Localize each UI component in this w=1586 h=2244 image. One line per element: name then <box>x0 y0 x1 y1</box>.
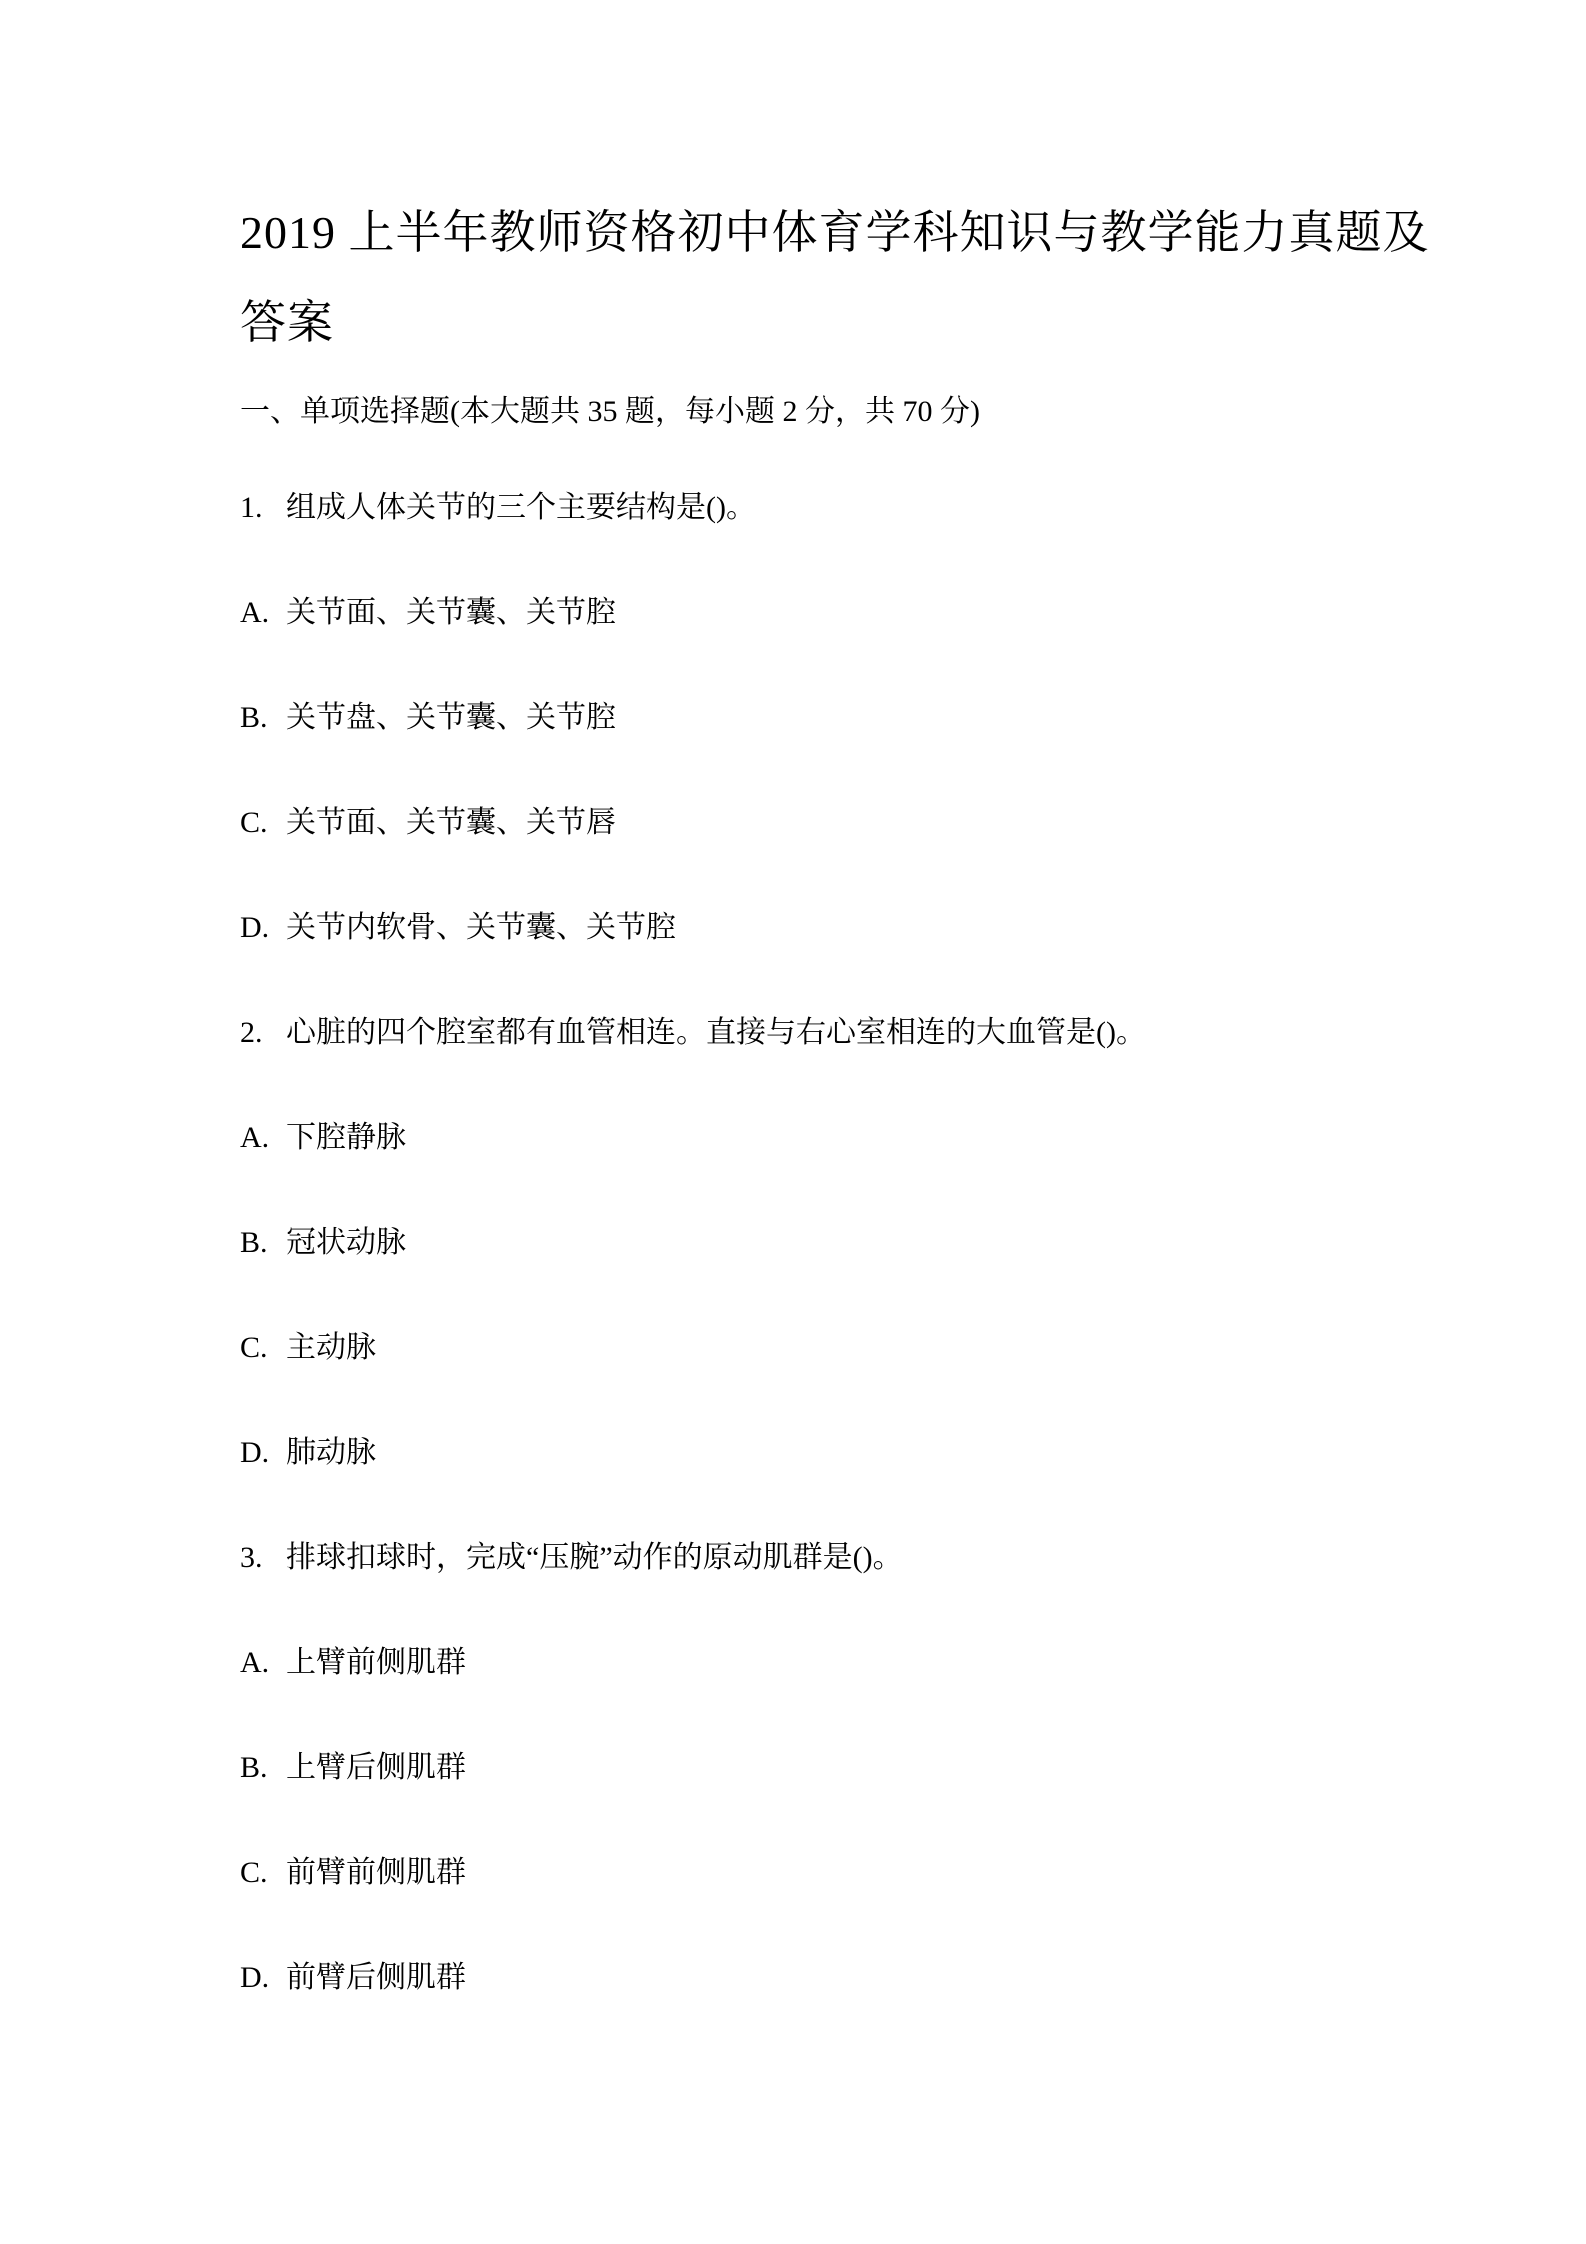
question-line: 1.组成人体关节的三个主要结构是()。 <box>240 486 1360 530</box>
option-label: C. <box>240 1851 286 1895</box>
option-label: C. <box>240 1326 286 1370</box>
title-line-2: 答案 <box>240 278 1360 368</box>
option-label: D. <box>240 1956 286 2000</box>
question-text: 心脏的四个腔室都有血管相连。直接与右心室相连的大血管是()。 <box>286 1016 1146 1049</box>
option-line: D.前臂后侧肌群 <box>240 1956 1360 2000</box>
option-text: 上臂后侧肌群 <box>286 1751 466 1784</box>
option-line: B.关节盘、关节囊、关节腔 <box>240 696 1360 740</box>
option-text: 上臂前侧肌群 <box>286 1646 466 1679</box>
option-line: C.关节面、关节囊、关节唇 <box>240 801 1360 845</box>
option-text: 前臂后侧肌群 <box>286 1961 466 1994</box>
option-line: A.下腔静脉 <box>240 1116 1360 1160</box>
option-label: B. <box>240 696 286 740</box>
option-label: D. <box>240 1431 286 1475</box>
question-text: 排球扣球时，完成“压腕”动作的原动肌群是()。 <box>286 1541 903 1574</box>
option-line: A.上臂前侧肌群 <box>240 1641 1360 1685</box>
option-line: D.肺动脉 <box>240 1431 1360 1475</box>
document-title: 2019 上半年教师资格初中体育学科知识与教学能力真题及 答案 <box>240 188 1360 368</box>
option-text: 冠状动脉 <box>286 1226 406 1259</box>
option-text: 肺动脉 <box>286 1436 376 1469</box>
option-label: A. <box>240 1641 286 1685</box>
option-label: A. <box>240 591 286 635</box>
option-line: B.冠状动脉 <box>240 1221 1360 1265</box>
title-line-1: 2019 上半年教师资格初中体育学科知识与教学能力真题及 <box>240 188 1360 278</box>
document-page: 2019 上半年教师资格初中体育学科知识与教学能力真题及 答案 一、单项选择题(… <box>0 0 1586 2244</box>
question-number: 1. <box>240 486 286 530</box>
section-heading: 一、单项选择题(本大题共 35 题，每小题 2 分，共 70 分) <box>240 390 1360 434</box>
option-line: D.关节内软骨、关节囊、关节腔 <box>240 906 1360 950</box>
question-line: 3.排球扣球时，完成“压腕”动作的原动肌群是()。 <box>240 1536 1360 1580</box>
option-text: 关节盘、关节囊、关节腔 <box>286 701 616 734</box>
option-text: 关节内软骨、关节囊、关节腔 <box>286 911 676 944</box>
option-label: B. <box>240 1221 286 1265</box>
option-label: C. <box>240 801 286 845</box>
option-line: C.前臂前侧肌群 <box>240 1851 1360 1895</box>
question-number: 3. <box>240 1536 286 1580</box>
option-text: 主动脉 <box>286 1331 376 1364</box>
option-label: A. <box>240 1116 286 1160</box>
option-label: B. <box>240 1746 286 1790</box>
question-number: 2. <box>240 1011 286 1055</box>
option-text: 前臂前侧肌群 <box>286 1856 466 1889</box>
option-line: A.关节面、关节囊、关节腔 <box>240 591 1360 635</box>
option-text: 下腔静脉 <box>286 1121 406 1154</box>
question-text: 组成人体关节的三个主要结构是()。 <box>286 491 756 524</box>
option-line: C.主动脉 <box>240 1326 1360 1370</box>
option-label: D. <box>240 906 286 950</box>
option-text: 关节面、关节囊、关节唇 <box>286 806 616 839</box>
option-line: B.上臂后侧肌群 <box>240 1746 1360 1790</box>
question-line: 2.心脏的四个腔室都有血管相连。直接与右心室相连的大血管是()。 <box>240 1011 1360 1055</box>
option-text: 关节面、关节囊、关节腔 <box>286 596 616 629</box>
